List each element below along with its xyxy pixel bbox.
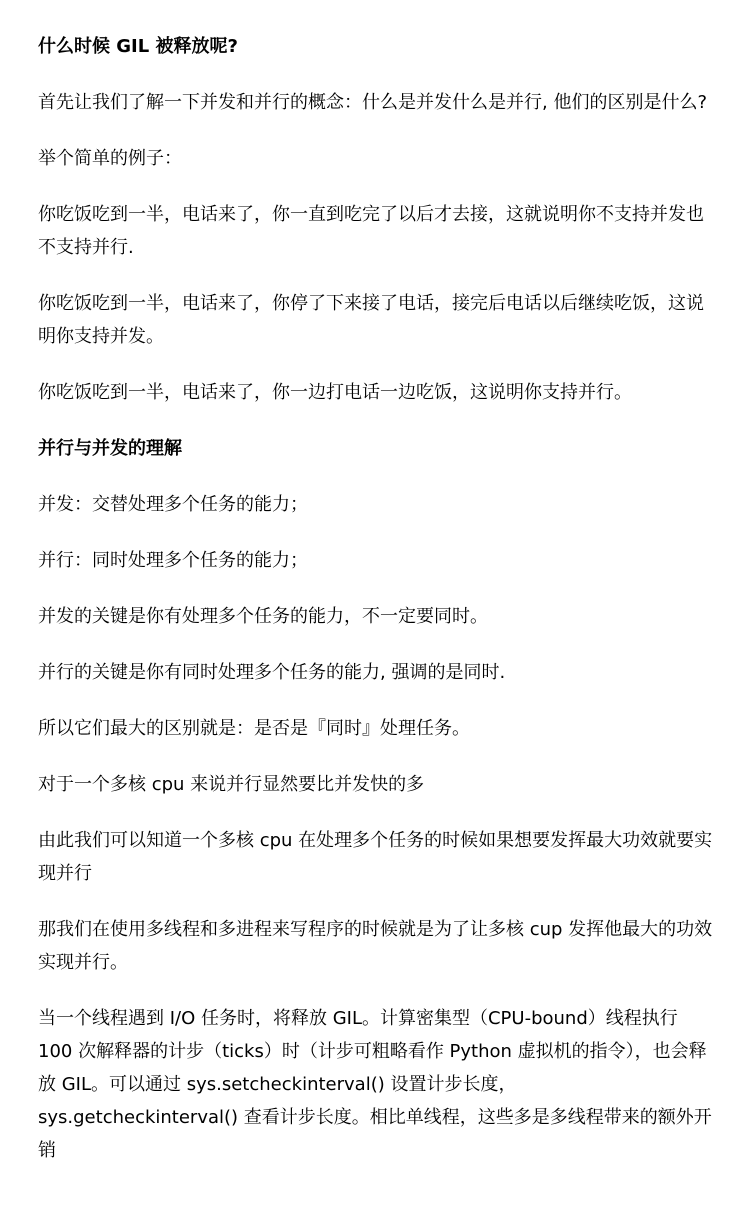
paragraph-parallelism-definition: 并行：同时处理多个任务的能力；	[38, 544, 716, 577]
paragraph-multicore-max-efficiency: 由此我们可以知道一个多核 cpu 在处理多个任务的时候如果想要发挥最大功效就要实…	[38, 824, 716, 890]
section-heading-parallel-vs-concurrent: 并行与并发的理解	[38, 432, 716, 465]
paragraph-multithread-purpose: 那我们在使用多线程和多进程来写程序的时候就是为了让多核 cup 发挥他最大的功效…	[38, 913, 716, 979]
article-body: 什么时候 GIL 被释放呢? 首先让我们了解一下并发和并行的概念：什么是并发什么…	[0, 0, 754, 1210]
paragraph-example-lead: 举个简单的例子：	[38, 142, 716, 175]
paragraph-parallelism-key: 并行的关键是你有同时处理多个任务的能力, 强调的是同时.	[38, 656, 716, 689]
paragraph-gil-release-details: 当一个线程遇到 I/O 任务时，将释放 GIL。计算密集型（CPU-bound）…	[38, 1002, 716, 1167]
paragraph-concurrency-definition: 并发：交替处理多个任务的能力；	[38, 488, 716, 521]
paragraph-multicore-faster: 对于一个多核 cpu 来说并行显然要比并发快的多	[38, 768, 716, 801]
section-heading-gil-release: 什么时候 GIL 被释放呢?	[38, 30, 716, 63]
paragraph-example-parallelism: 你吃饭吃到一半，电话来了，你一边打电话一边吃饭，这说明你支持并行。	[38, 376, 716, 409]
paragraph-biggest-difference: 所以它们最大的区别就是：是否是『同时』处理任务。	[38, 712, 716, 745]
paragraph-example-no-concurrency: 你吃饭吃到一半，电话来了，你一直到吃完了以后才去接，这就说明你不支持并发也不支持…	[38, 198, 716, 264]
paragraph-concurrency-key: 并发的关键是你有处理多个任务的能力，不一定要同时。	[38, 600, 716, 633]
paragraph-intro-concepts: 首先让我们了解一下并发和并行的概念：什么是并发什么是并行, 他们的区别是什么?	[38, 86, 716, 119]
paragraph-example-concurrency: 你吃饭吃到一半，电话来了，你停了下来接了电话，接完后电话以后继续吃饭，这说明你支…	[38, 287, 716, 353]
